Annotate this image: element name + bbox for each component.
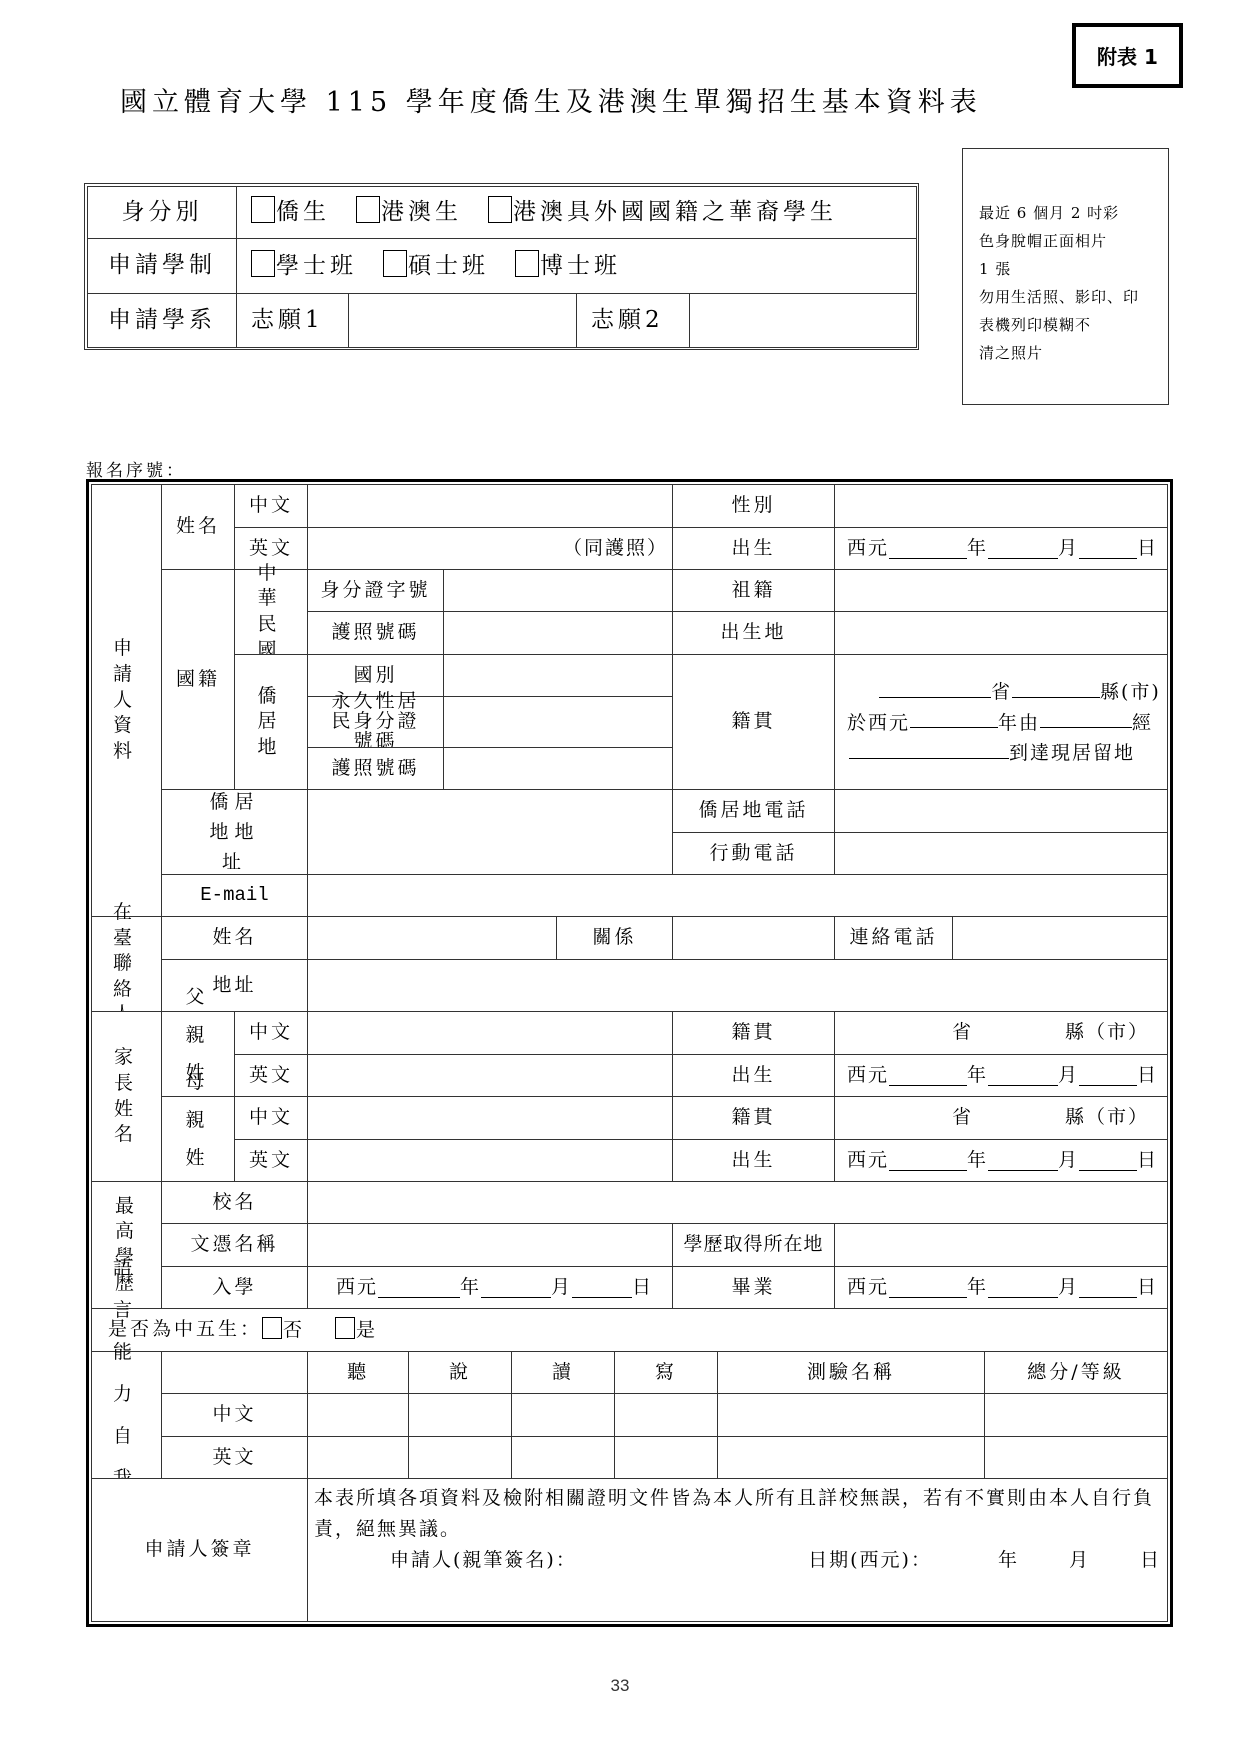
secondary5-option-yes[interactable]: 是: [335, 1317, 378, 1344]
checkbox-icon[interactable]: [488, 196, 512, 223]
contact-phone-label: 連絡電話: [834, 916, 953, 960]
photo-instruction-line: 勿用生活照、影印、印: [979, 283, 1158, 311]
birthplace-input[interactable]: [834, 611, 1168, 655]
contact-address-input[interactable]: [307, 959, 1168, 1012]
mother-name-label: 母親姓名: [161, 1096, 235, 1182]
language-cell[interactable]: [984, 1436, 1168, 1479]
signature-line: 申請人(親筆簽名)： 日期(西元)： 年 月 日: [314, 1545, 1161, 1576]
birth-label: 出生: [672, 527, 835, 570]
gender-label: 性別: [672, 484, 835, 528]
identity-options: 僑生 港澳生 港澳具外國國籍之華裔學生: [236, 186, 917, 239]
contact-name-input[interactable]: [307, 916, 557, 960]
language-cell[interactable]: [408, 1393, 512, 1437]
mother-birth-input[interactable]: 西元年月日: [834, 1139, 1168, 1182]
degree-name-input[interactable]: [307, 1223, 673, 1267]
residence-label: 僑居地: [234, 654, 308, 790]
name-chinese-label: 中文: [234, 484, 308, 528]
identity-option-hkmacao[interactable]: 港澳生: [356, 196, 462, 228]
language-cell[interactable]: [511, 1393, 615, 1437]
language-cell[interactable]: [307, 1436, 409, 1479]
parents-section-label: 家長姓名: [91, 1011, 162, 1182]
birthplace-label: 出生地: [672, 611, 835, 655]
contact-relation-label: 關係: [556, 916, 673, 960]
roc-passport-label: 護照號碼: [307, 611, 444, 655]
language-cell[interactable]: [307, 1393, 409, 1437]
id-number-label: 身分證字號: [307, 569, 444, 612]
department-label: 申請學系: [87, 293, 237, 348]
program-options: 學士班 碩士班 博士班: [236, 238, 917, 294]
residence-phone-label: 僑居地電話: [672, 789, 835, 833]
name-chinese-input[interactable]: [307, 484, 673, 528]
header-listening: 聽: [307, 1351, 409, 1394]
serial-number-label: 報名序號：: [86, 456, 186, 481]
father-birth-input[interactable]: 西元年月日: [834, 1054, 1168, 1097]
header-test-name: 測驗名稱: [717, 1351, 985, 1394]
attachment-tag: 附表 1: [1072, 23, 1183, 88]
native-place-input[interactable]: 省縣(市) 於西元年由經 到達現居留地: [834, 654, 1168, 790]
roc-passport-input[interactable]: [443, 611, 673, 655]
identity-option-overseas[interactable]: 僑生: [251, 196, 330, 228]
language-cell[interactable]: [408, 1436, 512, 1479]
roc-label: 中華民國: [234, 569, 308, 655]
header-speaking: 說: [408, 1351, 512, 1394]
degree-location-label: 學歷取得所在地: [672, 1223, 835, 1267]
date-label: 日期(西元)：: [808, 1545, 932, 1576]
father-english-input[interactable]: [307, 1054, 673, 1097]
header-reading: 讀: [511, 1351, 615, 1394]
page-title: 國立體育大學 115 學年度僑生及港澳生單獨招生基本資料表: [120, 80, 982, 119]
school-name-input[interactable]: [307, 1181, 1168, 1224]
checkbox-icon[interactable]: [262, 1317, 282, 1339]
graduate-date-input[interactable]: 西元年月日: [834, 1266, 1168, 1309]
id-number-input[interactable]: [443, 569, 673, 612]
residence-passport-input[interactable]: [443, 747, 673, 790]
language-cell[interactable]: [614, 1393, 718, 1437]
choice2-label: 志願2: [576, 293, 690, 348]
residence-address-input[interactable]: [307, 789, 673, 875]
photo-instruction-line: 色身脫帽正面相片: [979, 227, 1158, 255]
mobile-phone-label: 行動電話: [672, 832, 835, 875]
father-native-place-label: 籍貫: [672, 1011, 835, 1055]
applicant-section-label: 申請人資料: [91, 484, 162, 917]
secondary5-option-no[interactable]: 否: [262, 1317, 305, 1344]
language-cell[interactable]: [511, 1436, 615, 1479]
mother-chinese-label: 中文: [234, 1096, 308, 1140]
signature-label: 申請人簽章: [91, 1478, 308, 1622]
mother-chinese-input[interactable]: [307, 1096, 673, 1140]
program-option-bachelor[interactable]: 學士班: [251, 250, 357, 282]
contact-phone-input[interactable]: [952, 916, 1168, 960]
degree-name-label: 文憑名稱: [161, 1223, 308, 1267]
choice2-input[interactable]: [689, 293, 917, 348]
father-birth-label: 出生: [672, 1054, 835, 1097]
residence-passport-label: 護照號碼: [307, 747, 444, 790]
header-score: 總分/等級: [984, 1351, 1168, 1394]
identity-label: 身分別: [87, 186, 237, 239]
language-cell[interactable]: [717, 1393, 985, 1437]
graduate-label: 畢業: [672, 1266, 835, 1309]
program-option-doctor[interactable]: 博士班: [515, 250, 621, 282]
page-number: 33: [0, 1676, 1240, 1696]
language-header-blank: [161, 1351, 308, 1394]
father-chinese-label: 中文: [234, 1011, 308, 1055]
photo-instruction-line: 1 張: [979, 255, 1158, 283]
mother-birth-label: 出生: [672, 1139, 835, 1182]
checkbox-icon[interactable]: [335, 1317, 355, 1339]
school-name-label: 校名: [161, 1181, 308, 1224]
language-cell[interactable]: [614, 1436, 718, 1479]
checkbox-icon[interactable]: [383, 250, 407, 277]
enroll-date-input[interactable]: 西元年月日: [307, 1266, 673, 1309]
father-chinese-input[interactable]: [307, 1011, 673, 1055]
photo-box[interactable]: 最近 6 個月 2 吋彩 色身脫帽正面相片 1 張 勿用生活照、影印、印 表機列…: [962, 148, 1169, 405]
secondary5-row: 是否為中五生： 否 是: [91, 1308, 1168, 1352]
ancestral-home-label: 祖籍: [672, 569, 835, 612]
residence-address-label: 僑居地地址: [161, 789, 308, 875]
name-english-input[interactable]: （同護照）: [307, 527, 673, 570]
birth-date-input[interactable]: 西元年月日: [834, 527, 1168, 570]
contact-relation-input[interactable]: [672, 916, 835, 960]
father-english-label: 英文: [234, 1054, 308, 1097]
mother-english-input[interactable]: [307, 1139, 673, 1182]
photo-instruction-line: 最近 6 個月 2 吋彩: [979, 199, 1158, 227]
applicant-signature-label: 申請人(親筆簽名)：: [314, 1545, 577, 1576]
header-writing: 寫: [614, 1351, 718, 1394]
mother-native-place-input[interactable]: 省縣（市）: [834, 1096, 1168, 1140]
checkbox-icon[interactable]: [356, 196, 380, 223]
signature-area[interactable]: 本表所填各項資料及檢附相關證明文件皆為本人所有且詳校無誤，若有不實則由本人自行負…: [307, 1478, 1168, 1622]
same-as-passport-note: （同護照）: [563, 536, 668, 562]
email-label: E-mail: [161, 874, 308, 917]
checkbox-icon[interactable]: [251, 250, 275, 277]
language-section-label: 語言能力自我評估: [91, 1351, 162, 1479]
contact-name-label: 姓名: [161, 916, 308, 960]
pr-id-input[interactable]: [443, 696, 673, 748]
enroll-label: 入學: [161, 1266, 308, 1309]
program-option-master[interactable]: 碩士班: [383, 250, 489, 282]
identity-option-hkmacao-foreign[interactable]: 港澳具外國國籍之華裔學生: [488, 196, 837, 228]
gender-input[interactable]: [834, 484, 1168, 528]
photo-instruction-line: 表機列印模糊不: [979, 311, 1158, 339]
language-cell[interactable]: [717, 1436, 985, 1479]
father-native-place-input[interactable]: 省縣（市）: [834, 1011, 1168, 1055]
native-place-label: 籍貫: [672, 654, 835, 790]
checkbox-icon[interactable]: [515, 250, 539, 277]
email-input[interactable]: [307, 874, 1168, 917]
taiwan-contact-section-label: 在臺聯絡人: [91, 916, 162, 1012]
choice1-label: 志願1: [236, 293, 349, 348]
program-label: 申請學制: [87, 238, 237, 294]
nationality-label: 國籍: [161, 569, 235, 790]
name-label: 姓名: [161, 484, 235, 570]
declaration-text: 本表所填各項資料及檢附相關證明文件皆為本人所有且詳校無誤，若有不實則由本人自行負…: [314, 1483, 1161, 1545]
mother-native-place-label: 籍貫: [672, 1096, 835, 1140]
language-row-label: 中文: [161, 1393, 308, 1437]
pr-id-label: 永久性居民身分證號碼: [307, 696, 444, 748]
country-input[interactable]: [443, 654, 673, 697]
language-row-label: 英文: [161, 1436, 308, 1479]
mobile-phone-input[interactable]: [834, 832, 1168, 875]
mother-english-label: 英文: [234, 1139, 308, 1182]
choice1-input[interactable]: [348, 293, 577, 348]
language-cell[interactable]: [984, 1393, 1168, 1437]
photo-instruction-line: 清之照片: [979, 339, 1158, 367]
residence-phone-input[interactable]: [834, 789, 1168, 833]
degree-location-input[interactable]: [834, 1223, 1168, 1267]
checkbox-icon[interactable]: [251, 196, 275, 223]
ancestral-home-input[interactable]: [834, 569, 1168, 612]
